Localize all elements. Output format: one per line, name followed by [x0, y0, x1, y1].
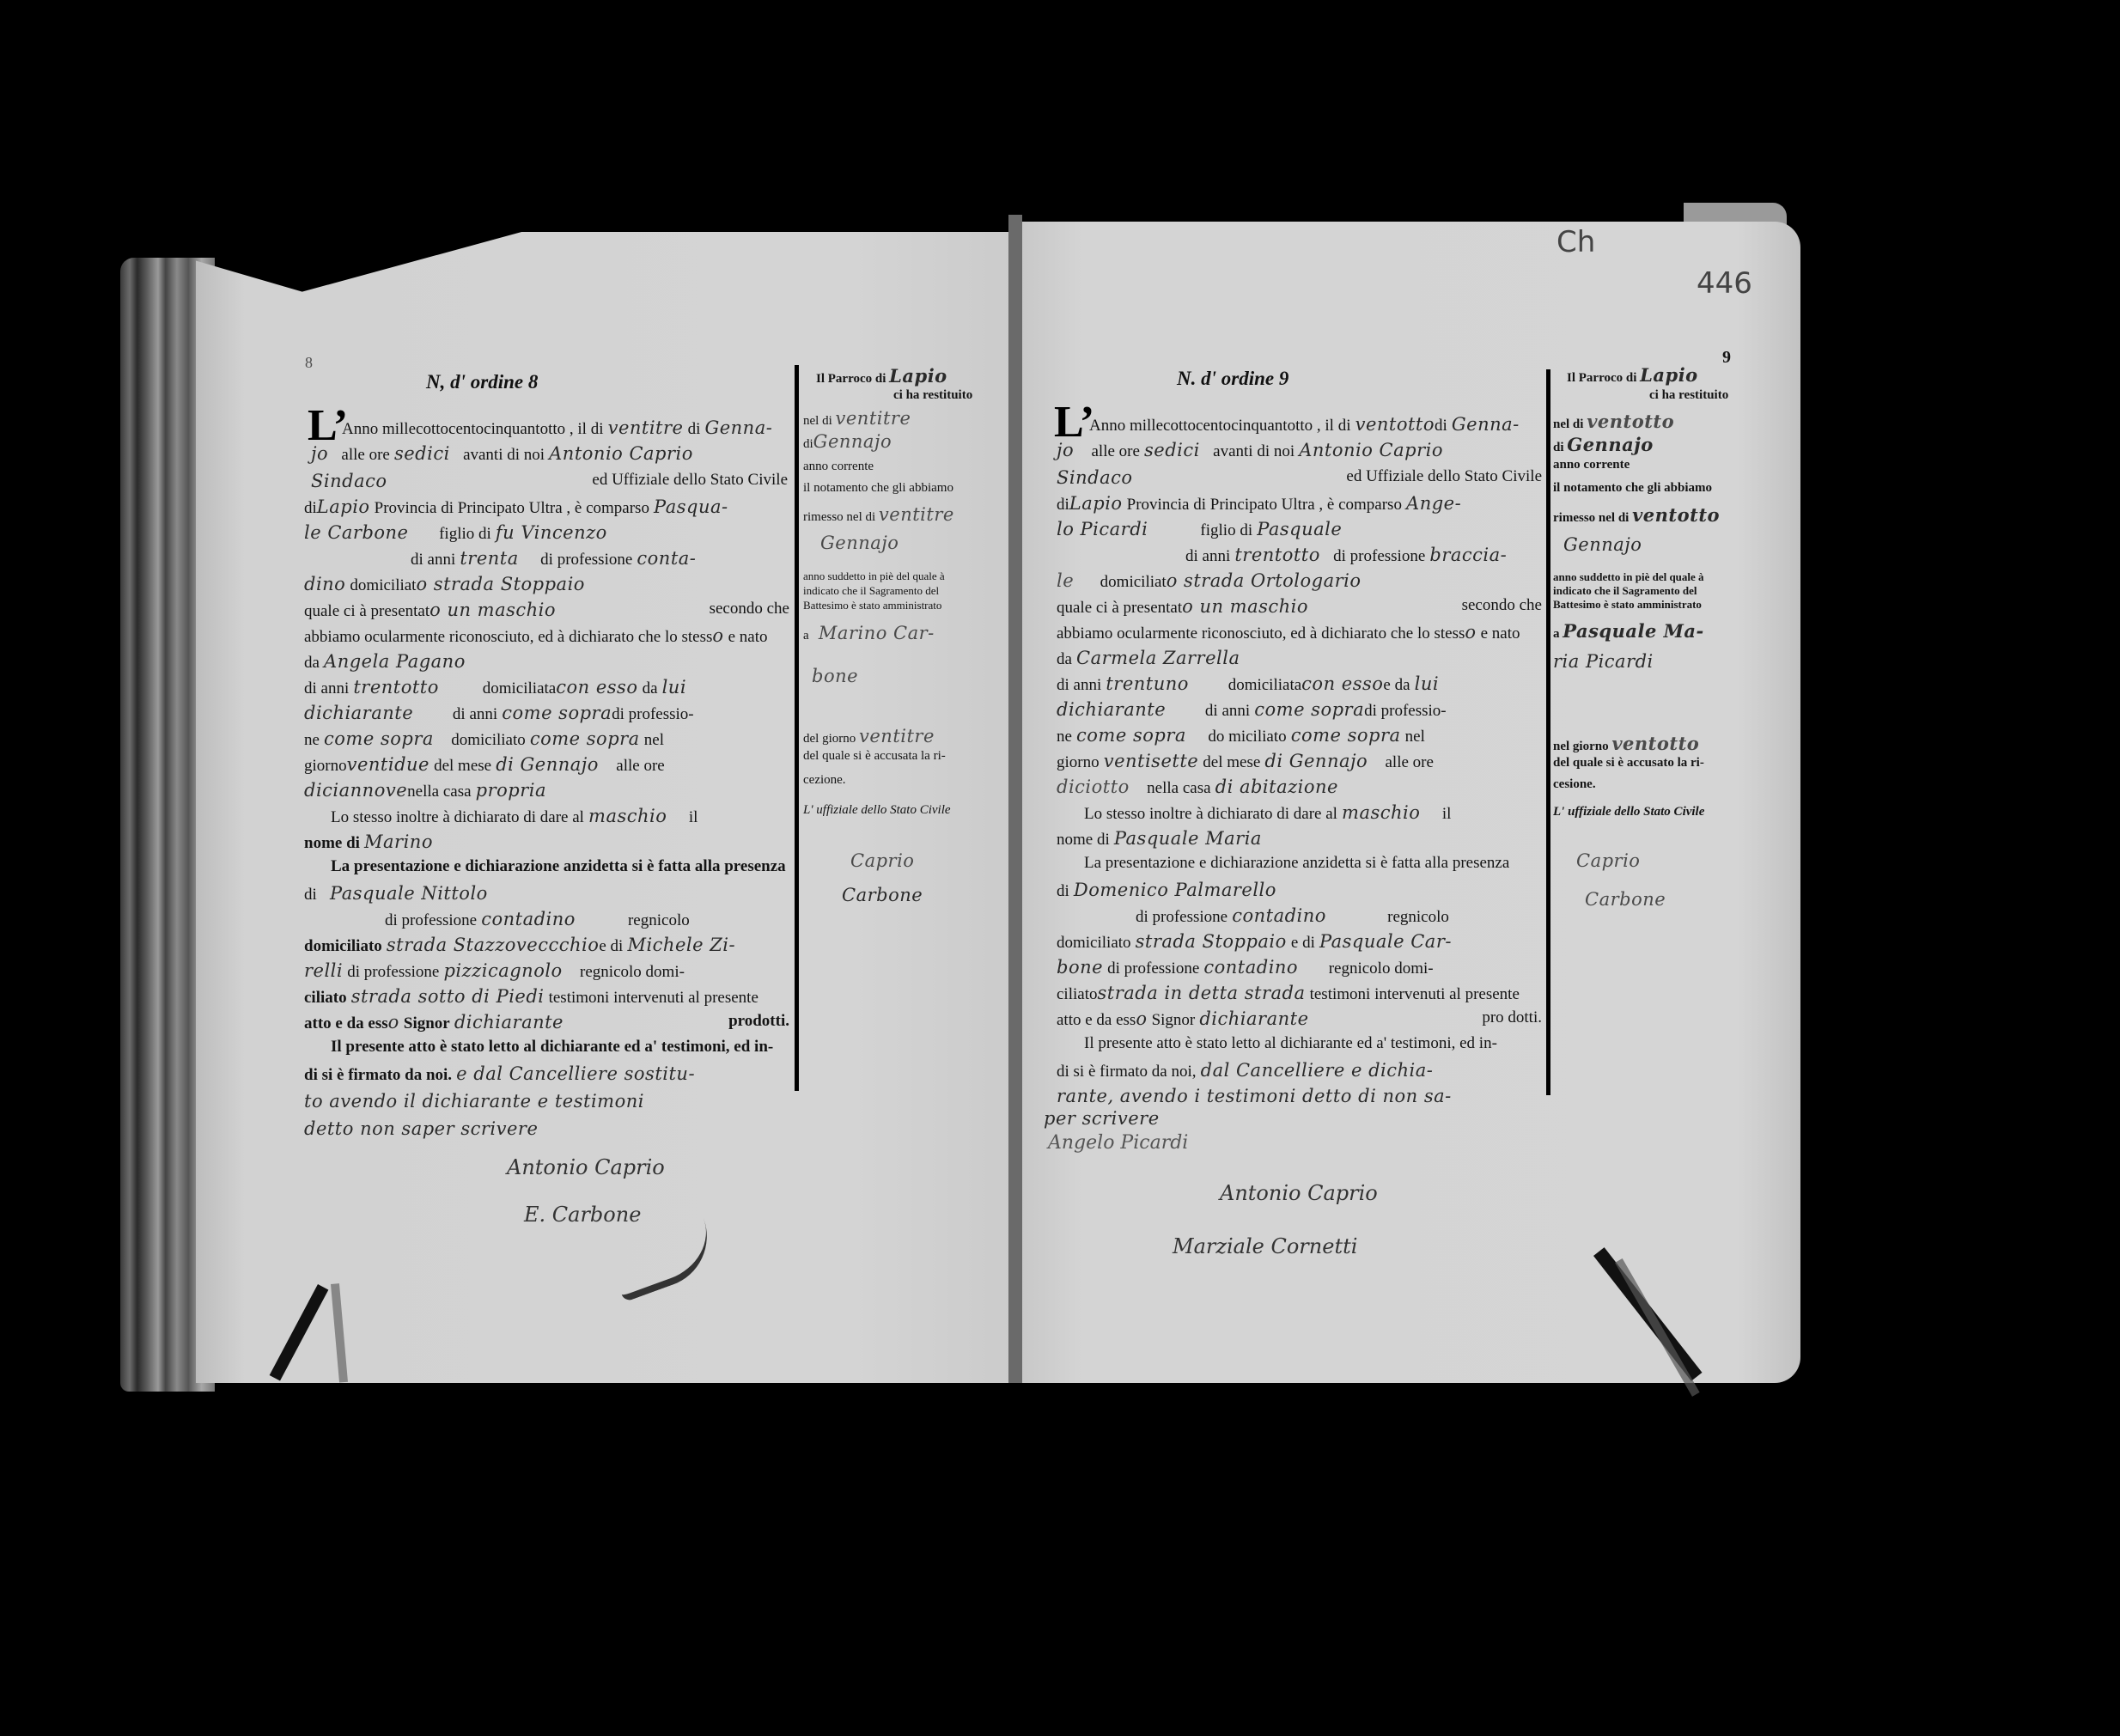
handwritten-entry: Lapio [889, 365, 947, 387]
margin-text: cesione. [1553, 777, 1596, 792]
handwritten-entry: Sindaco [311, 471, 387, 491]
printed-text: del mese [434, 757, 491, 775]
left-signature-cancelliere: E. Carbone [524, 1203, 641, 1227]
handwritten-entry: trentotto [1234, 545, 1320, 565]
register-line: Lo stesso inoltre à dichiarato di dare a… [331, 806, 698, 827]
printed-text: do miciliato [1208, 728, 1286, 746]
handwritten-entry: conta- [637, 548, 696, 569]
handwritten-entry: ventitre [608, 417, 684, 438]
printed-text: Lo stesso inoltre à dichiarato di dare a… [1084, 805, 1337, 823]
printed-text: il [689, 808, 698, 826]
printed-text: domiciliato [451, 731, 526, 749]
margin-text: il notamento che gli abbiamo [803, 481, 953, 496]
register-line: jo alle ore sedici avanti di noi Antonio… [311, 443, 693, 465]
printed-text: a [803, 629, 809, 643]
handwritten-entry: come sopra [324, 728, 434, 749]
register-line: Il presente atto è stato letto al dichia… [331, 1038, 773, 1057]
printed-text: nome di [1057, 831, 1110, 849]
margin-text: Il Parroco di Lapio [1567, 364, 1698, 386]
handwritten-entry: trenta [460, 548, 518, 569]
handwritten-entry: lui [1415, 673, 1439, 694]
register-line: domiciliato strada Stoppaio e di Pasqual… [1057, 931, 1452, 953]
right-signature-declarant: Angelo Picardi [1048, 1132, 1188, 1154]
register-line: bone di professione contadino regnicolo … [1057, 957, 1434, 978]
handwritten-entry: sedici [394, 443, 450, 464]
left-column-rule [795, 365, 799, 1091]
register-line: quale ci à presentato un maschiosecondo … [304, 600, 789, 621]
handwritten-entry: rante, avendo i testimoni detto di non s… [1057, 1086, 1452, 1106]
handwritten-entry: trentotto [353, 677, 439, 697]
printed-text: di professione [1107, 959, 1199, 978]
printed-text: e di [599, 937, 623, 955]
register-line: diLapio Provincia di Principato Ultra , … [1057, 493, 1461, 515]
printed-text: domiciliat [350, 576, 416, 594]
printed-text: ciliato [304, 989, 347, 1007]
printed-text: a [1553, 627, 1560, 641]
printed-text: di anni [1057, 676, 1101, 694]
handwritten-entry: strada Stoppaio [1136, 931, 1287, 952]
printed-text: il [1442, 805, 1452, 823]
printed-text: nel [1405, 728, 1425, 746]
handwritten-entry: ventitre [859, 726, 935, 746]
printed-text: di anni [453, 705, 497, 723]
printed-text: ciliato [1057, 985, 1097, 1003]
printed-text: Signor [404, 1014, 450, 1032]
printed-text: domiciliata [1228, 676, 1301, 694]
handwritten-entry: Pasquale Maria [1114, 828, 1262, 849]
printed-text: di anni [304, 679, 349, 697]
register-line: di anni trentuno domiciliatacon essoe da… [1057, 673, 1439, 695]
handwritten-entry: Domenico Palmarello [1074, 880, 1276, 900]
register-line: per scrivere [1044, 1108, 1160, 1129]
margin-text: anno corrente [1553, 458, 1630, 472]
margin-text: del quale si è accusata la ri- [803, 749, 946, 764]
printed-text: nel [644, 731, 664, 749]
handwritten-entry: maschio [588, 806, 667, 826]
handwritten-entry: Gennajo [1567, 434, 1654, 455]
printed-text: di professione [385, 911, 477, 929]
handwritten-entry: di Gennajo [1264, 751, 1368, 771]
register-line: da Angela Pagano [304, 651, 466, 673]
handwritten-entry: o [388, 1012, 399, 1032]
printed-text: domiciliato [1057, 934, 1131, 952]
handwritten-entry: Caprio [850, 850, 914, 871]
handwritten-entry: Carbone [842, 885, 923, 905]
margin-text: indicato che il Sagramento del [1553, 584, 1697, 598]
register-line: rante, avendo i testimoni detto di non s… [1057, 1086, 1452, 1106]
handwritten-entry: Pasquale Car- [1319, 931, 1452, 952]
register-line: atto e da esso Signor dichiaranteprodott… [304, 1012, 789, 1033]
handwritten-entry: ventitre [879, 504, 954, 525]
handwritten-entry: dino [304, 574, 345, 594]
printed-text: atto e da ess [304, 1014, 388, 1032]
printed-text: nel giorno [1553, 740, 1609, 753]
handwritten-entry: e dal Cancelliere sostitu- [456, 1063, 695, 1084]
pencil-note: Ch [1556, 225, 1595, 259]
register-line: abbiamo ocularmente riconosciuto, ed à d… [1057, 622, 1520, 643]
handwritten-entry: Genna- [704, 417, 772, 438]
handwritten-entry: come sopra [1076, 725, 1186, 746]
printed-text: da [304, 654, 320, 672]
printed-text: avanti di noi [1213, 442, 1295, 460]
handwritten-entry: di Gennajo [496, 754, 599, 775]
printed-text: atto e da esso Signor dichiarante [1057, 1008, 1309, 1030]
handwritten-entry: ventitre [836, 408, 911, 429]
printed-text: Anno millecottocentocinquantotto , il di [1089, 417, 1350, 435]
register-line: giornoventidue del mese di Gennajo alle … [304, 754, 665, 776]
printed-text: Provincia di Principato Ultra , è compar… [375, 499, 649, 517]
register-line: ciliato strada sotto di Piedi testimoni … [304, 986, 758, 1008]
handwritten-entry: dal Cancelliere e dichia- [1201, 1060, 1434, 1081]
register-line: dichiarante di anni come sopradi profess… [304, 703, 694, 724]
register-line: ne come sopra domiciliato come sopra nel [304, 728, 664, 750]
right-column-rule [1546, 369, 1550, 1095]
right-signature-sindaco: Antonio Caprio [1220, 1181, 1378, 1205]
printed-text: e nato [728, 628, 768, 646]
handwritten-entry: contadino [1232, 905, 1326, 926]
printed-text: regnicolo [628, 911, 690, 929]
handwritten-entry: le [1057, 570, 1074, 591]
register-line: relli di professione pizzicagnolo regnic… [304, 960, 685, 982]
margin-text: il notamento che gli abbiamo [1553, 481, 1712, 496]
handwritten-entry: o un maschio [429, 600, 556, 620]
register-line: di professione contadino regnicolo [1136, 905, 1449, 927]
printed-text: alle ore [616, 757, 664, 775]
printed-text: di [688, 420, 701, 438]
printed-text: di anni [411, 551, 455, 569]
printed-text: di professio- [1364, 702, 1447, 720]
handwritten-entry: to avendo il dichiarante e testimoni [304, 1091, 644, 1112]
printed-text: da [1057, 650, 1072, 668]
handwritten-entry: dichiarante [454, 1012, 564, 1032]
handwritten-entry: ventotto [1632, 504, 1720, 526]
printed-text: testimoni intervenuti al presente [549, 989, 758, 1007]
handwritten-entry: Lapio [1640, 364, 1698, 386]
printed-text: nella casa [1147, 779, 1210, 797]
printed-text: di si è firmato da noi. [304, 1066, 452, 1084]
printed-text: atto e da ess [1057, 1011, 1136, 1029]
printed-text: giorno [304, 757, 347, 775]
printed-text: Lo stesso inoltre à dichiarato di dare a… [331, 808, 584, 826]
margin-text: indicato che il Sagramento del [803, 584, 939, 598]
handwritten-entry: come sopra [1291, 725, 1401, 746]
handwritten-entry: per scrivere [1044, 1108, 1160, 1129]
printed-text: La presentazione e dichiarazione anzidet… [331, 857, 786, 875]
left-record-header: N, d' ordine 8 [426, 371, 538, 393]
printed-text: abbiamo ocularmente riconosciuto, ed à d… [1057, 624, 1465, 643]
margin-text: ci ha restituito [893, 388, 972, 403]
printed-text: regnicolo [1387, 908, 1449, 926]
handwritten-entry: Gennajo [1563, 534, 1642, 555]
printed-text: nella casa [407, 783, 471, 801]
register-line: dino domiciliato strada Stoppaio [304, 574, 585, 595]
margin-text: L' uffiziale dello Stato Civile [1553, 805, 1704, 819]
register-line: La presentazione e dichiarazione anzidet… [331, 857, 786, 876]
handwritten-entry: bone [1057, 957, 1103, 978]
register-line: di si è firmato da noi, dal Cancelliere … [1057, 1060, 1433, 1081]
margin-text: del giorno ventitre [803, 726, 935, 746]
handwritten-entry: diciannove [304, 780, 407, 801]
printed-text: di [803, 437, 813, 451]
margin-text: Battesimo è stato amministrato [803, 599, 941, 612]
handwritten-entry: Pasquale Ma- [1563, 620, 1703, 642]
handwritten-entry: con esso [556, 677, 637, 697]
margin-text: L' uffiziale dello Stato Civile [803, 803, 951, 818]
printed-text: Il Parroco di [1567, 371, 1636, 385]
handwritten-entry: Marino Car- [819, 623, 935, 643]
margin-text: rimesso nel di ventotto [1553, 504, 1720, 526]
left-signature-sindaco: Antonio Caprio [507, 1155, 665, 1179]
handwritten-entry: Lapio [317, 496, 370, 517]
printed-text: da [643, 679, 658, 697]
printed-text: figlio di [1200, 521, 1252, 539]
printed-text: Provincia di Principato Ultra , è compar… [1127, 496, 1402, 514]
margin-text: rimesso nel di ventitre [803, 504, 954, 525]
handwritten-entry: Gennajo [813, 431, 892, 452]
printed-text: prodotti. [728, 1012, 789, 1033]
handwritten-entry: Pasqua- [654, 496, 728, 517]
handwritten-entry: diciotto [1057, 777, 1130, 797]
handwritten-entry: lo Picardi [1057, 519, 1148, 539]
handwritten-entry: Antonio Caprio [1299, 440, 1443, 460]
handwritten-entry: Marino [364, 831, 433, 852]
margin-text: del quale si è accusato la ri- [1553, 756, 1704, 771]
margin-text: anno corrente [803, 460, 874, 474]
printed-text: ne [1057, 728, 1072, 746]
printed-text: regnicolo domi- [1329, 959, 1434, 978]
handwritten-entry: ventotto [1611, 733, 1699, 754]
handwritten-entry: come sopra [502, 703, 612, 723]
handwritten-entry: le Carbone [304, 522, 408, 543]
register-line: quale ci à presentato un maschiosecondo … [1057, 596, 1542, 618]
handwritten-entry: jo [311, 443, 328, 464]
printed-text: ed Uffiziale dello Stato Civile [1346, 467, 1542, 488]
printed-text: Anno millecottocentocinquantotto , il di [342, 420, 603, 438]
register-line: di professione contadino regnicolo [385, 909, 690, 930]
left-corner-mark: 8 [305, 354, 313, 372]
register-line: Il presente atto è stato letto al dichia… [1084, 1034, 1497, 1053]
register-line: to avendo il dichiarante e testimoni [304, 1091, 644, 1112]
printed-text: e nato [1481, 624, 1520, 643]
margin-text: Il Parroco di Lapio [816, 365, 947, 387]
printed-text: di [304, 499, 317, 517]
handwritten-entry: Pasquale [1257, 519, 1342, 539]
right-record-header: N. d' ordine 9 [1177, 368, 1288, 390]
printed-text: di si è firmato da noi, [1057, 1063, 1197, 1081]
printed-text: di professione [1333, 547, 1425, 565]
handwritten-entry: bracciа- [1429, 545, 1507, 565]
printed-text: regnicolo domi- [580, 963, 685, 981]
handwritten-entry: ventisette [1104, 751, 1198, 771]
handwritten-entry: Genna- [1452, 414, 1520, 435]
register-line: domiciliato strada Stazzoveccchioe di Mi… [304, 935, 735, 956]
right-signature-cancelliere: Marziale Cornetti [1173, 1234, 1357, 1258]
handwritten-entry: jo [1057, 440, 1074, 460]
handwritten-entry: Angela Pagano [324, 651, 466, 672]
printed-text: di professione [1136, 908, 1228, 926]
printed-text: di [304, 886, 317, 904]
handwritten-entry: strada sotto di Piedi [351, 986, 545, 1007]
margin-text: diGennajo [803, 431, 892, 452]
handwritten-entry: Lapio [1069, 493, 1123, 514]
register-line: di anni trentotto di professione bracciа… [1185, 545, 1507, 566]
handwritten-entry: ria Picardi [1553, 651, 1654, 672]
printed-text: nel di [803, 414, 832, 428]
register-line: Sindacoed Uffiziale dello Stato Civile [311, 471, 788, 491]
margin-text: nel di ventotto [1553, 411, 1674, 432]
printed-text: nome di [304, 834, 360, 852]
printed-text: domiciliato [304, 937, 382, 955]
printed-text: alle ore [1386, 753, 1434, 771]
printed-text: abbiamo ocularmente riconosciuto, ed à d… [304, 628, 712, 646]
register-line: di anni trenta di professione conta- [411, 548, 696, 570]
register-line: Anno millecottocentocinquantotto , il di… [342, 417, 772, 439]
handwritten-entry: o un maschio [1182, 596, 1308, 617]
printed-text: di [1057, 496, 1069, 514]
register-line: atto e da esso Signor dichiarantepro dot… [1057, 1008, 1542, 1030]
handwritten-entry: Gennajo [820, 533, 899, 553]
printed-text: di [1435, 417, 1447, 435]
printed-text: quale ci à presentat [304, 602, 429, 620]
printed-text: pro dotti. [1482, 1008, 1542, 1030]
handwritten-entry: propria [476, 780, 546, 801]
printed-text: ne [304, 731, 320, 749]
printed-text: Il presente atto è stato letto al dichia… [331, 1038, 773, 1056]
register-line: Sindacoed Uffiziale dello Stato Civile [1057, 467, 1542, 488]
register-line: le Carbone figlio di fu Vincenzo [304, 522, 607, 544]
printed-text: di professio- [612, 705, 694, 723]
printed-text: di [1057, 882, 1069, 900]
margin-text: a Pasquale Ma- [1553, 620, 1704, 642]
printed-text: giorno [1057, 753, 1100, 771]
register-line: di si è firmato da noi. e dal Cancellier… [304, 1063, 695, 1085]
register-line: giorno ventisette del mese di Gennajo al… [1057, 751, 1434, 772]
printed-text: nel di [1553, 417, 1583, 431]
printed-text: quale ci à presentat [1057, 599, 1182, 617]
margin-text: Battesimo è stato amministrato [1553, 598, 1702, 612]
handwritten-entry: lui [662, 677, 686, 697]
register-line: jo alle ore sedici avanti di noi Antonio… [1057, 440, 1443, 461]
handwritten-entry: detto non saper scrivere [304, 1118, 538, 1139]
printed-text: atto e da esso Signor dichiarante [304, 1012, 564, 1033]
printed-text: alle ore [1092, 442, 1140, 460]
register-line: le domiciliato strada Ortologario [1057, 570, 1362, 592]
handwritten-entry: contadino [481, 909, 576, 929]
handwritten-entry: trentuno [1106, 673, 1189, 694]
handwritten-entry: maschio [1342, 802, 1420, 823]
printed-text: di professione [540, 551, 632, 569]
margin-text: anno suddetto in piè del quale à [803, 570, 945, 583]
handwritten-entry: pizzicagnolo [443, 960, 562, 981]
handwritten-entry: relli [304, 960, 343, 981]
handwritten-entry: Pasquale Nittolo [330, 883, 488, 904]
margin-text: ci ha restituito [1649, 388, 1728, 403]
printed-text: di [1553, 441, 1564, 454]
register-line: di Domenico Palmarello [1057, 880, 1276, 901]
handwritten-entry: o [1465, 622, 1476, 643]
handwritten-entry: ventotto [1355, 414, 1435, 435]
printed-text: secondo che [710, 600, 789, 621]
margin-text: di Gennajo [1553, 434, 1654, 455]
handwritten-entry: Antonio Caprio [549, 443, 693, 464]
printed-text: domiciliat [1100, 573, 1167, 591]
register-line: di anni trentotto domiciliatacon esso da… [304, 677, 686, 698]
handwritten-entry: bone [812, 666, 858, 686]
printed-text: Signor [1152, 1011, 1196, 1029]
handwritten-entry: ventidue [347, 754, 429, 775]
handwritten-entry: sedici [1144, 440, 1200, 460]
handwritten-entry: Michele Zi- [627, 935, 735, 955]
register-line: nome di Marino [304, 831, 433, 853]
handwritten-entry: Carbone [1585, 889, 1666, 910]
printed-text: rimesso nel di [803, 510, 875, 524]
handwritten-entry: dichiarante [304, 703, 413, 723]
printed-text: La presentazione e dichiarazione anzidet… [1084, 854, 1509, 872]
register-line: lo Picardi figlio di Pasquale [1057, 519, 1342, 540]
register-line: diLapio Provincia di Principato Ultra , … [304, 496, 728, 518]
printed-text: di professione [347, 963, 439, 981]
printed-text: di anni [1205, 702, 1250, 720]
printed-text: ed Uffiziale dello Stato Civile [592, 471, 788, 491]
printed-text: e di [1291, 934, 1315, 952]
printed-text: rimesso nel di [1553, 511, 1629, 525]
margin-text: cezione. [803, 773, 846, 788]
printed-text: quale ci à presentato un maschio [1057, 596, 1308, 618]
printed-text: figlio di [439, 525, 491, 543]
register-line: La presentazione e dichiarazione anzidet… [1084, 854, 1509, 873]
printed-text: quale ci à presentato un maschio [304, 600, 556, 621]
book-gutter [1008, 215, 1022, 1383]
register-line: Anno millecottocentocinquantotto , il di… [1089, 414, 1520, 436]
printed-text: Il presente atto è stato letto al dichia… [1084, 1034, 1497, 1052]
printed-text: alle ore [341, 446, 389, 464]
printed-text: avanti di noi [463, 446, 545, 464]
handwritten-entry: strada Stazzoveccchio [387, 935, 600, 955]
handwritten-entry: Sindaco [1057, 467, 1133, 488]
register-line: nome di Pasquale Maria [1057, 828, 1262, 850]
handwritten-entry: Ange- [1406, 493, 1461, 514]
register-line: detto non saper scrivere [304, 1118, 538, 1139]
handwritten-entry: come sopra [530, 728, 640, 749]
register-line: Lo stesso inoltre à dichiarato di dare a… [1084, 802, 1451, 824]
printed-text: secondo che [1462, 596, 1542, 618]
margin-text: nel di ventitre [803, 408, 911, 429]
handwritten-entry: di abitazione [1215, 777, 1338, 797]
handwritten-entry: con esso [1301, 673, 1383, 694]
handwritten-entry: o [1136, 1008, 1147, 1029]
register-line: ciliatostrada in detta strada testimoni … [1057, 983, 1520, 1004]
handwritten-entry: Caprio [1576, 850, 1640, 871]
margin-text: nel giorno ventotto [1553, 733, 1699, 754]
register-line: da Carmela Zarrella [1057, 648, 1240, 669]
printed-text: del giorno [803, 732, 856, 746]
handwritten-entry: strada in detta strada [1097, 983, 1305, 1003]
handwritten-entry: dichiarante [1057, 699, 1166, 720]
printed-text: di anni [1185, 547, 1230, 565]
margin-text: anno suddetto in piè del quale à [1553, 570, 1704, 584]
handwritten-entry: contadino [1203, 957, 1298, 978]
right-page-number: 9 [1722, 348, 1731, 368]
handwritten-entry: dichiarante [1199, 1008, 1308, 1029]
folio-number: 446 [1697, 266, 1752, 301]
handwritten-entry: o strada Ortologario [1167, 570, 1362, 591]
handwritten-entry: o [712, 625, 723, 646]
printed-text: e da [1383, 676, 1410, 694]
printed-text: testimoni intervenuti al presente [1310, 985, 1520, 1003]
register-line: dichiarante di anni come sopradi profess… [1057, 699, 1447, 721]
register-line: abbiamo ocularmente riconosciuto, ed à d… [304, 625, 768, 647]
handwritten-entry: Carmela Zarrella [1076, 648, 1240, 668]
